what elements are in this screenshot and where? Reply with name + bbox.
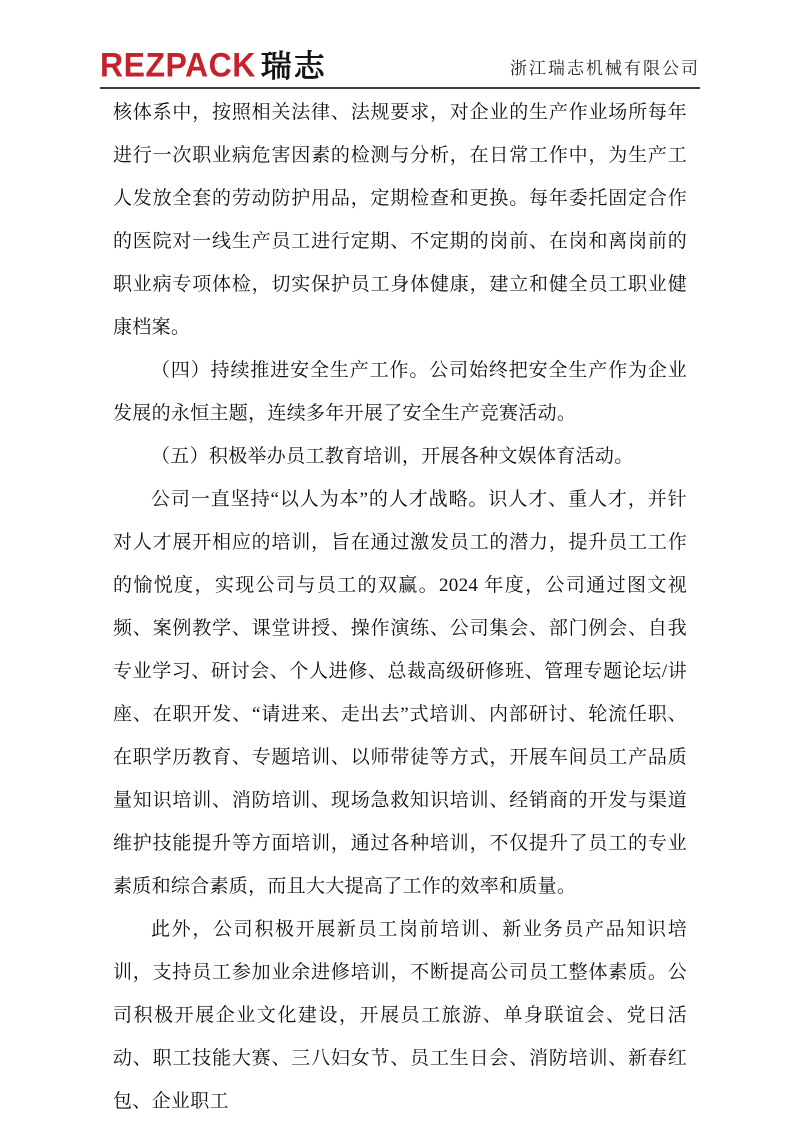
company-name: 浙江瑞志机械有限公司 xyxy=(510,54,700,82)
paragraph-item-4: （四）持续推进安全生产工作。公司始终把安全生产作为企业发展的永恒主题，连续多年开… xyxy=(113,349,687,435)
document-page: REZPACK 瑞志 浙江瑞志机械有限公司 核体系中，按照相关法律、法规要求，对… xyxy=(0,0,800,1131)
logo-wordmark-en: REZPACK xyxy=(100,47,256,82)
paragraph-continuation: 核体系中，按照相关法律、法规要求，对企业的生产作业场所每年进行一次职业病危害因素… xyxy=(113,91,687,349)
document-body: 核体系中，按照相关法律、法规要求，对企业的生产作业场所每年进行一次职业病危害因素… xyxy=(100,91,700,1123)
header-divider xyxy=(100,87,700,89)
company-logo: REZPACK 瑞志 xyxy=(100,50,327,82)
paragraph-culture-activities: 此外，公司积极开展新员工岗前培训、新业务员产品知识培训，支持员工参加业余进修培训… xyxy=(113,908,687,1123)
page-header: REZPACK 瑞志 浙江瑞志机械有限公司 xyxy=(100,0,700,89)
logo-wordmark-cn: 瑞志 xyxy=(261,51,327,82)
paragraph-item-5: （五）积极举办员工教育培训，开展各种文娱体育活动。 xyxy=(113,435,687,478)
paragraph-talent-training: 公司一直坚持“以人为本”的人才战略。识人才、重人才，并针对人才展开相应的培训，旨… xyxy=(113,478,687,908)
